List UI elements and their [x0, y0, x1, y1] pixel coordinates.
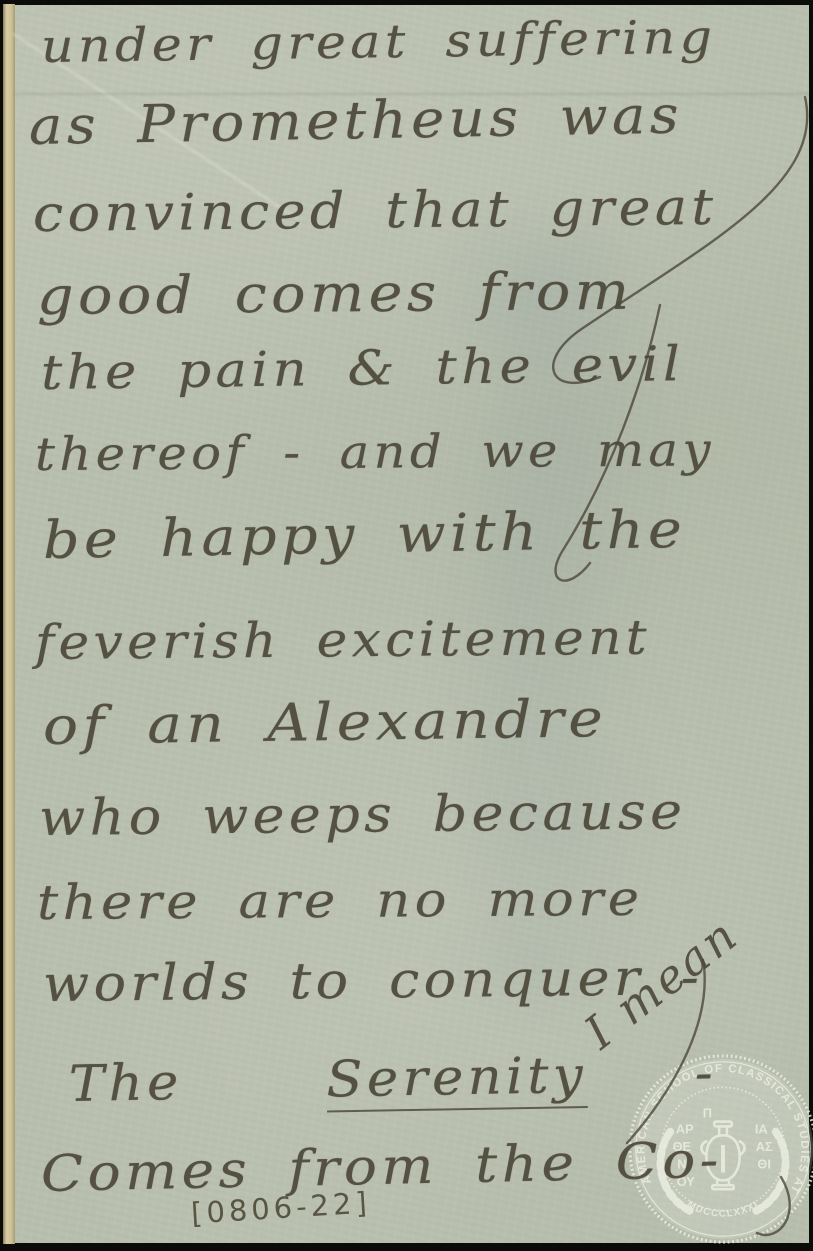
handwritten-line: who weeps because	[39, 782, 687, 847]
handwritten-line: convinced that great	[33, 178, 718, 243]
handwritten-line: there are no more	[37, 871, 644, 931]
handwritten-line-closing: The Serenity -	[68, 1044, 717, 1113]
scanned-photo: AMERICAN SCHOOL OF CLASSICAL STUDIES AT …	[0, 0, 813, 1251]
handwritten-line: as Prometheus was	[28, 86, 683, 157]
handwritten-line: feverish excitement	[35, 610, 651, 671]
letter-body: under great suffering as Prometheus was …	[15, 5, 809, 1243]
handwritten-line: thereof - and we may	[35, 422, 715, 481]
handwritten-line: under great suffering	[41, 10, 717, 73]
closing-prefix: The	[68, 1053, 183, 1113]
handwritten-line: Comes from the Co-	[40, 1131, 723, 1203]
handwritten-line: of an Alexandre	[43, 689, 608, 757]
page-edge	[3, 4, 15, 1244]
closing-dash: -	[694, 1044, 717, 1102]
letter-page: AMERICAN SCHOOL OF CLASSICAL STUDIES AT …	[15, 5, 809, 1243]
underlined-word: Serenity	[326, 1046, 588, 1113]
handwritten-line: good comes from	[37, 262, 634, 327]
handwritten-line: the pain & the evil	[41, 336, 685, 401]
handwritten-line: be happy with the	[42, 500, 686, 571]
